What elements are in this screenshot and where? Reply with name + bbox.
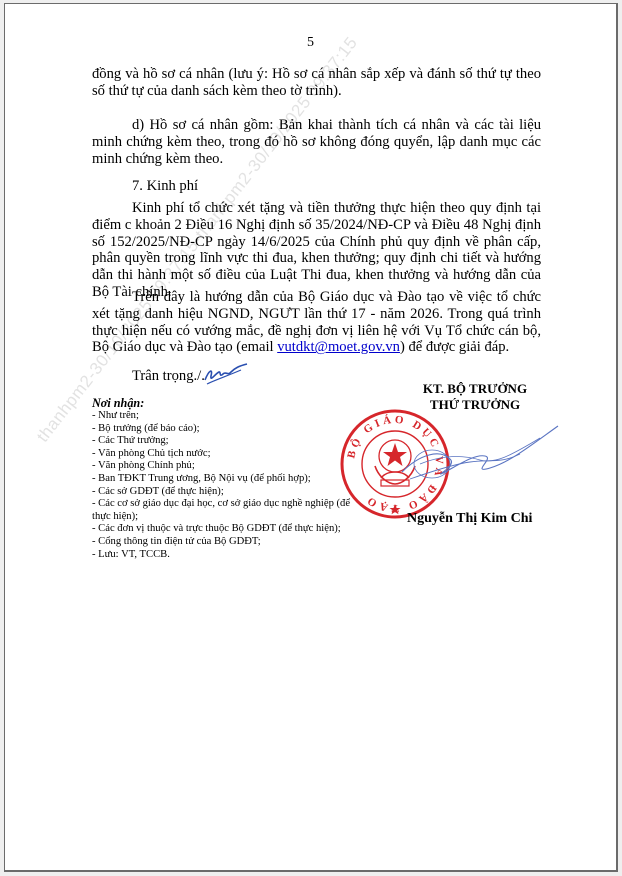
recipient-item: - Các Thứ trưởng; [92,435,352,448]
document-page: thanhpm2-30/10/2025 09:37:15-thanhpm2-30… [4,3,618,872]
paragraph-conclusion: Trên đây là hướng dẫn của Bộ Giáo dục và… [92,289,541,356]
email-link[interactable]: vutdkt@moet.gov.vn [277,339,400,355]
paragraph-text-end: ) để được giải đáp. [400,339,509,355]
recipient-item: - Văn phòng Chính phủ; [92,460,352,473]
initial-signature-icon [201,362,251,388]
recipient-item: - Bộ trưởng (để báo cáo); [92,423,352,436]
paragraph-funding: Kinh phí tổ chức xét tặng và tiền thưởng… [92,200,541,301]
paragraph-text: đồng và hồ sơ cá nhân (lưu ý: Hồ sơ cá n… [92,66,541,100]
paragraph-continuation: đồng và hồ sơ cá nhân (lưu ý: Hồ sơ cá n… [92,66,541,100]
signer-name: Nguyễn Thị Kim Chi [407,511,532,527]
recipient-item: - Văn phòng Chủ tịch nước; [92,448,352,461]
recipient-item: - Cổng thông tin điện tử của Bộ GDĐT; [92,536,352,549]
signature-title-line1: KT. BỘ TRƯỞNG [400,381,550,397]
recipient-item: - Lưu: VT, TCCB. [92,549,352,562]
paragraph-text: d) Hồ sơ cá nhân gồm: Bản khai thành tíc… [92,117,541,167]
page-number: 5 [5,35,616,51]
recipients-title: Nơi nhận: [92,396,144,411]
paragraph-item-d: d) Hồ sơ cá nhân gồm: Bản khai thành tíc… [92,117,541,167]
recipients-list: - Như trên; - Bộ trưởng (để báo cáo); - … [92,410,352,561]
recipient-item: - Như trên; [92,410,352,423]
handwritten-signature-icon [400,424,560,494]
paragraph-text: Kinh phí tổ chức xét tặng và tiền thưởng… [92,200,541,301]
section-heading-text: 7. Kinh phí [92,178,541,195]
recipient-item: - Các cơ sở giáo dục đại học, cơ sở giáo… [92,498,352,523]
closing-text: Trân trọng./. [132,368,205,385]
recipient-item: - Các đơn vị thuộc và trực thuộc Bộ GDĐT… [92,523,352,536]
paragraph-text: Trên đây là hướng dẫn của Bộ Giáo dục và… [92,289,541,356]
recipient-item: - Ban TĐKT Trung ương, Bộ Nội vụ (để phố… [92,473,352,486]
recipient-item: - Các sở GDĐT (để thực hiện); [92,486,352,499]
section-heading: 7. Kinh phí [92,178,541,195]
